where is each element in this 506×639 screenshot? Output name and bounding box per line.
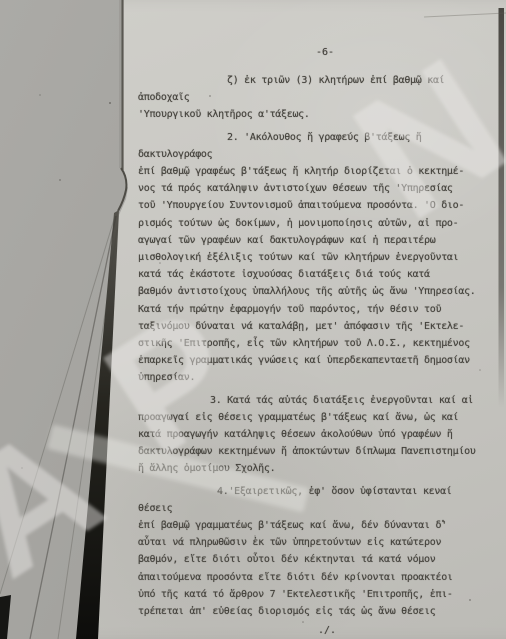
page-number: -6- — [316, 47, 334, 58]
paragraph-section-4: 4.'Εξαιρετικῶς, ἐφ' ὅσον ὑφίστανται κενα… — [138, 483, 490, 621]
paragraph-section-2: 2. 'Ακόλουθος ἤ γραφεύς β'τάξεως ἤ δακτυ… — [138, 129, 490, 387]
footer-mark: ./. — [138, 625, 490, 636]
scan-background: -6- ζ) ἐκ τριῶν (3) κλητήρων ἐπί βαθμῷ κ… — [0, 0, 506, 639]
paragraph-clause-z: ζ) ἐκ τριῶν (3) κλητήρων ἐπί βαθμῷ καί ἀ… — [138, 72, 490, 124]
typed-text-block: ζ) ἐκ τριῶν (3) κλητήρων ἐπί βαθμῷ καί ἀ… — [138, 72, 490, 636]
paragraph-section-3: 3. Κατά τάς αὐτάς διατάξεις ἐνεργοῦνται … — [138, 392, 490, 478]
